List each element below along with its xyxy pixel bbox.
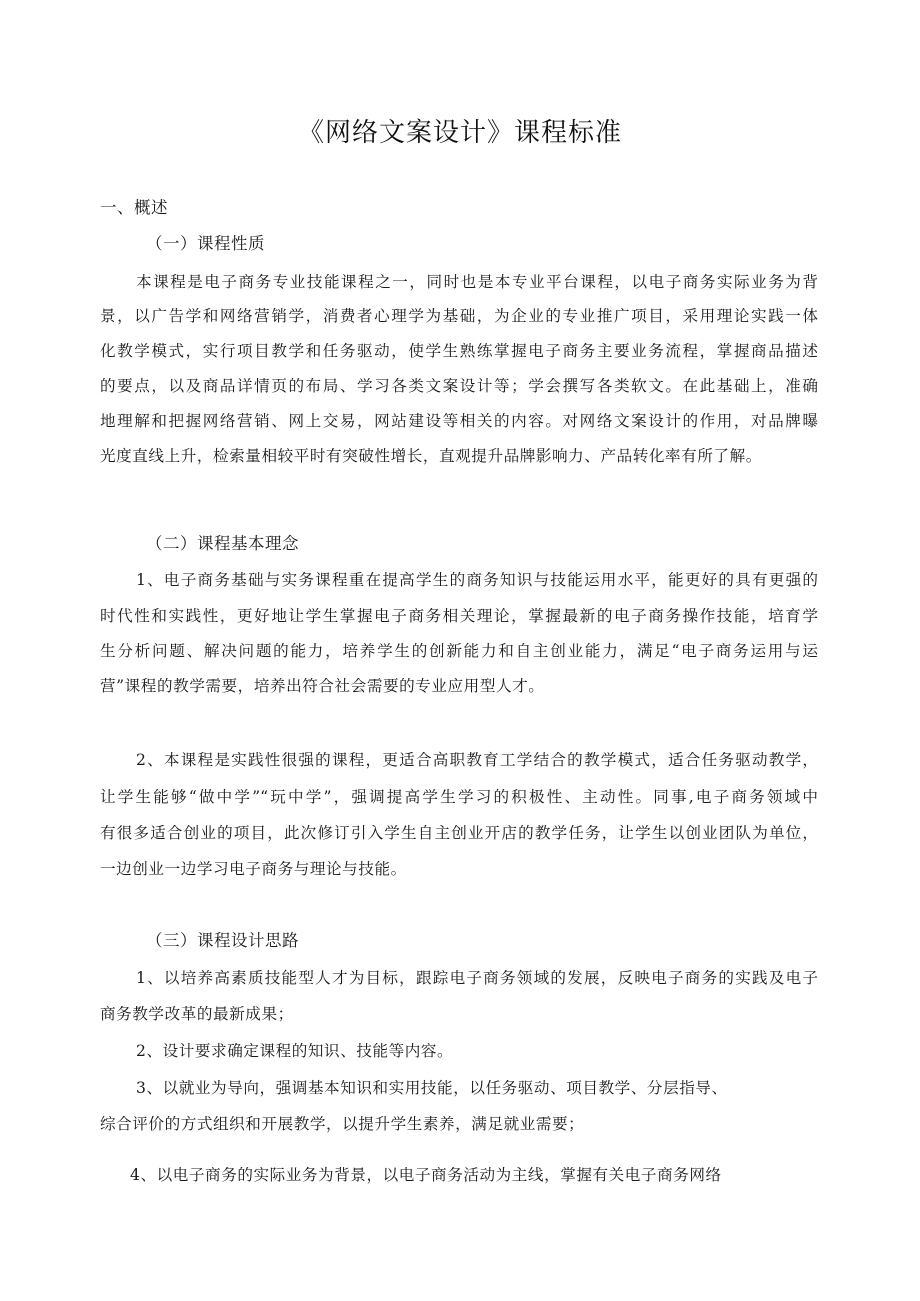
paragraph-line: 有很多适合创业的项目，此次修订引入学生自主创业开店的教学任务，让学生以创业团队为… xyxy=(100,822,818,844)
paragraph-line: 3、以就业为导向，强调基本知识和实用技能，以任务驱动、项目教学、分层指导、 xyxy=(136,1077,728,1099)
paragraph-line: 2、设计要求确定课程的知识、技能等内容。 xyxy=(136,1040,453,1062)
paragraph-line: 时代性和实践性，更好地让学生掌握电子商务相关理论，掌握最新的电子商务操作技能，培… xyxy=(100,605,818,627)
paragraph-line: 1、电子商务基础与实务课程重在提高学生的商务知识与技能运用水平，能更好的具有更强… xyxy=(136,569,818,591)
subsection-heading-course-nature: （一）课程性质 xyxy=(146,233,265,255)
paragraph-line: 景，以广告学和网络营销学，消费者心理学为基础，为企业的专业推广项目，采用理论实践… xyxy=(100,305,818,327)
paragraph-line: 的要点，以及商品详情页的布局、学习各类文案设计等；学会撰写各类软文。在此基础上，… xyxy=(100,375,818,397)
paragraph-line: 营”课程的教学需要，培养出符合社会需要的专业应用型人才。 xyxy=(100,675,544,697)
section-heading-overview: 一、概述 xyxy=(100,197,168,219)
paragraph-line: 一边创业一边学习电子商务与理论与技能。 xyxy=(100,858,407,880)
subsection-heading-design-approach: （三）课程设计思路 xyxy=(146,930,299,952)
paragraph-line: 4、以电子商务的实际业务为背景，以电子商务活动为主线，掌握有关电子商务网络 xyxy=(130,1164,722,1186)
paragraph-line: 商务教学改革的最新成果； xyxy=(100,1003,294,1025)
paragraph-line: 1、以培养高素质技能型人才为目标，跟踪电子商务领域的发展，反映电子商务的实践及电… xyxy=(136,967,818,989)
paragraph-line: 本课程是电子商务专业技能课程之一，同时也是本专业平台课程，以电子商务实际业务为背 xyxy=(136,271,818,293)
paragraph-line: 2、本课程是实践性很强的课程，更适合高职教育工学结合的教学模式，适合任务驱动教学… xyxy=(136,749,818,771)
subsection-heading-basic-concept: （二）课程基本理念 xyxy=(146,533,299,555)
document-title: 《网络文案设计》课程标准 xyxy=(0,116,920,150)
paragraph-line: 生分析问题、解决问题的能力，培养学生的创新能力和自主创业能力，满足“电子商务运用… xyxy=(100,640,818,662)
paragraph-line: 化教学模式，实行项目教学和任务驱动，使学生熟练掌握电子商务主要业务流程，掌握商品… xyxy=(100,340,818,362)
paragraph-line: 光度直线上升，检索量相较平时有突破性增长，直观提升品牌影响力、产品转化率有所了解… xyxy=(100,445,762,467)
paragraph-line: 让学生能够“做中学”“玩中学”，强调提高学生学习的积极性、主动性。同事,电子商务… xyxy=(100,786,818,808)
document-page: 《网络文案设计》课程标准 一、概述 （一）课程性质 本课程是电子商务专业技能课程… xyxy=(0,0,920,1301)
paragraph-line: 地理解和把握网络营销、网上交易，网站建设等相关的内容。对网络文案设计的作用，对品… xyxy=(100,410,818,432)
paragraph-line: 综合评价的方式组织和开展教学，以提升学生素养，满足就业需要； xyxy=(100,1113,584,1135)
